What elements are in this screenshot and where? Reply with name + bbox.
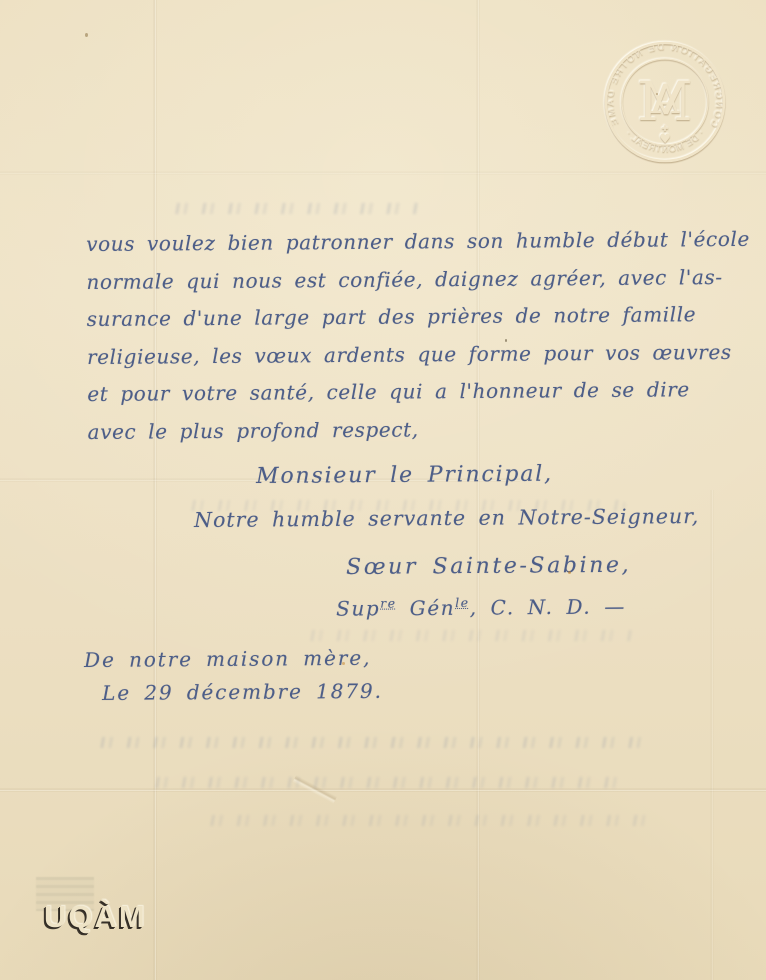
ghost-bleed-line	[205, 815, 655, 826]
seal-mirrored-group: CONGREGATION DE NOTRE DAME · DE MONTREAL…	[605, 41, 724, 161]
handwritten-line: surance d'une large part des prières de …	[87, 296, 751, 339]
embossed-congregation-seal: CONGREGATION DE NOTRE DAME · DE MONTREAL…	[602, 39, 728, 165]
handwritten-line: religieuse, les vœux ardents que forme p…	[87, 334, 751, 377]
paper-speck	[85, 33, 88, 37]
fold-line-horizontal-bottom	[0, 788, 766, 792]
uqam-stamp: UQÀM	[44, 899, 147, 935]
scanned-letter-page: CONGREGATION DE NOTRE DAME · DE MONTREAL…	[0, 0, 766, 980]
signature-name: Sœur Sainte-Sabine,	[346, 553, 631, 580]
fold-line-vertical-right	[476, 0, 480, 980]
signature-title: Supre Génle, C. N. D. —	[336, 594, 626, 621]
wrinkle-mark	[290, 770, 339, 807]
fold-line-vertical-left	[153, 0, 157, 980]
handwritten-line: et pour votre santé, celle qui a l'honne…	[87, 371, 751, 414]
ghost-bleed-line	[150, 777, 620, 788]
fold-line-horizontal-top	[0, 171, 766, 175]
fold-line-vertical-far-right	[710, 490, 714, 980]
sig-title-part: Sup	[336, 596, 380, 620]
handwritten-line: avec le plus profond respect,	[87, 409, 751, 452]
closing-line: Notre humble servante en Notre-Seigneur,	[194, 504, 699, 532]
seal-monogram-a: A	[649, 77, 680, 123]
letter-body: vous voulez bien patronner dans son humb…	[86, 221, 752, 452]
sig-title-superscript: le	[455, 595, 470, 610]
handwritten-line: vous voulez bien patronner dans son humb…	[86, 221, 750, 264]
ghost-bleed-line	[95, 737, 655, 748]
ghost-bleed-line	[305, 630, 635, 641]
salutation-line: Monsieur le Principal,	[256, 462, 553, 489]
date-line: Le 29 décembre 1879.	[102, 679, 383, 705]
sig-title-part: Gén	[397, 596, 456, 620]
seal-heart-icon: ♥	[659, 132, 671, 147]
sig-title-part: , C. N. D. —	[470, 594, 626, 619]
handwritten-line: normale qui nous est confiée, daignez ag…	[86, 258, 750, 301]
place-line: De notre maison mère,	[84, 646, 371, 672]
sig-title-superscript: re	[380, 596, 397, 611]
ghost-bleed-line	[170, 203, 422, 214]
